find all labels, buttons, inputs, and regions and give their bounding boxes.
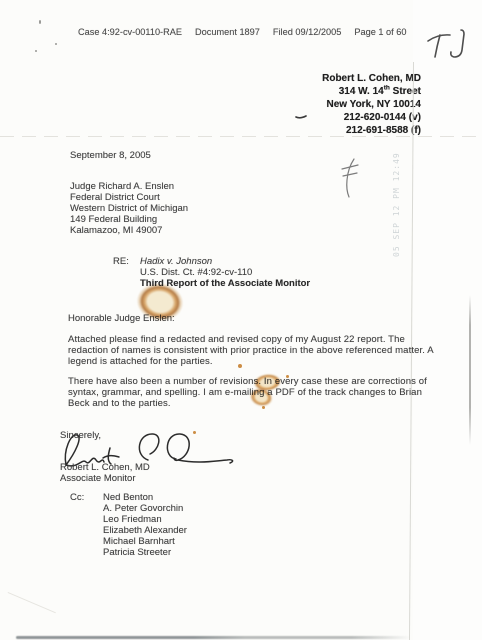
body-line: Attached please find a redacted and revi… (68, 334, 434, 345)
re-label: RE: (113, 256, 129, 267)
letter-date: September 8, 2005 (70, 150, 151, 161)
dust-speck (35, 50, 37, 52)
page-bottom-shadow (16, 636, 411, 639)
handwritten-checkmark-squiggle (334, 156, 364, 200)
cc-name: Patricia Streeter (103, 547, 187, 558)
stain-speck (238, 364, 242, 368)
body-line: There have also been a number of revisio… (68, 376, 427, 387)
scanned-letter-page: Case 4:92-cv-00110-RAE Document 1897 Fil… (0, 0, 482, 640)
scan-right-strip (413, 0, 482, 640)
cc-name: A. Peter Govorchin (103, 503, 187, 514)
letterhead-rule (0, 136, 482, 137)
recipient-line: Federal District Court (70, 192, 188, 203)
scan-edge-line (469, 295, 471, 445)
dust-speck (39, 20, 41, 24)
pen-tick-mark (294, 111, 308, 121)
cc-label: Cc: (70, 492, 84, 503)
recipient-line: Judge Richard A. Enslen (70, 181, 188, 192)
recipient-address: Judge Richard A. Enslen Federal District… (70, 181, 188, 236)
body-paragraph-1: Attached please find a redacted and revi… (68, 334, 434, 367)
cc-name: Elizabeth Alexander (103, 525, 187, 536)
stain-speck (262, 406, 265, 409)
cc-name: Ned Benton (103, 492, 187, 503)
signer-name: Robert L. Cohen, MD (60, 462, 150, 473)
re-case-name: Hadix v. Johnson (140, 256, 310, 267)
header-document-number: Document 1897 (195, 27, 260, 37)
letterhead-city: New York, NY 10014 (322, 99, 421, 112)
cc-name-list: Ned Benton A. Peter Govorchin Leo Friedm… (103, 492, 187, 558)
handwritten-initials-tj (424, 24, 472, 68)
signature-block: Robert L. Cohen, MD Associate Monitor (60, 462, 150, 484)
stain-speck (286, 375, 289, 378)
header-page-count: Page 1 of 60 (354, 27, 406, 37)
letterhead-street: 314 W. 14th Street (322, 86, 421, 99)
paper-crease (8, 592, 56, 613)
cc-name: Leo Friedman (103, 514, 187, 525)
dust-speck (55, 43, 57, 45)
header-case-number: Case 4:92-cv-00110-RAE (78, 27, 182, 37)
recipient-line: 149 Federal Building (70, 214, 188, 225)
stain-speck (193, 431, 196, 434)
recipient-line: Kalamazoo, MI 49007 (70, 225, 188, 236)
body-line: redaction of names is consistent with pr… (68, 345, 434, 356)
signer-title: Associate Monitor (60, 473, 150, 484)
cc-name: Michael Barnhart (103, 536, 187, 547)
court-filing-header: Case 4:92-cv-00110-RAE Document 1897 Fil… (78, 27, 406, 37)
header-filed-date: Filed 09/12/2005 (273, 27, 341, 37)
re-docket-number: U.S. Dist. Ct. #4:92-cv-110 (140, 267, 310, 278)
letterhead-name: Robert L. Cohen, MD (322, 73, 421, 86)
filing-time-stamp-artifact: 05 SEP 12 PM 12:49 (392, 147, 401, 257)
body-line: legend is attached for the parties. (68, 356, 434, 367)
recipient-line: Western District of Michigan (70, 203, 188, 214)
letterhead: Robert L. Cohen, MD 314 W. 14th Street N… (322, 73, 421, 138)
letterhead-phone-voice: 212-620-0144 (v) (322, 112, 421, 125)
